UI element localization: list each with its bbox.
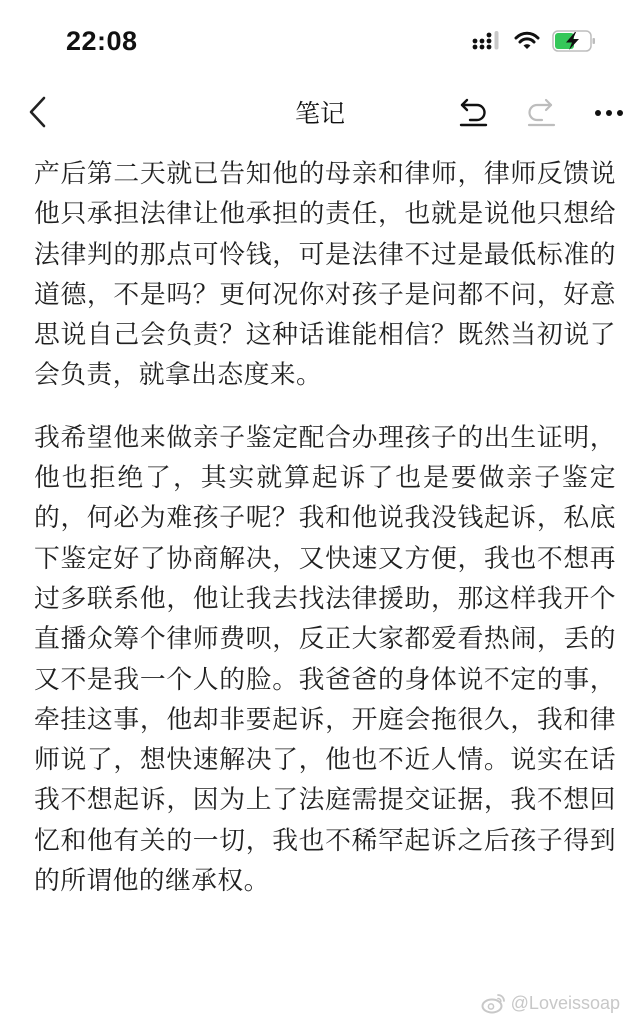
more-dots-icon [592, 96, 626, 128]
watermark: @Loveissoap [481, 992, 620, 1014]
undo-icon [458, 96, 492, 128]
weibo-icon [481, 992, 507, 1014]
note-body[interactable]: 产后第二天就已告知他的母亲和律师，律师反馈说他只承担法律让他承担的责任，也就是说… [34, 154, 616, 923]
battery-charging-icon [552, 30, 596, 56]
cellular-signal-icon [472, 31, 502, 55]
note-paragraph[interactable]: 我希望他来做亲子鉴定配合办理孩子的出生证明，他也拒绝了，其实就算起诉了也是要做亲… [34, 418, 616, 902]
watermark-text: @Loveissoap [511, 993, 620, 1014]
status-icons [472, 30, 596, 56]
redo-icon [524, 96, 558, 128]
wifi-icon [514, 31, 540, 55]
undo-button[interactable] [458, 96, 492, 128]
nav-bar: 笔记 [0, 88, 640, 136]
redo-button[interactable] [524, 96, 558, 128]
status-time: 22:08 [66, 26, 138, 57]
more-button[interactable] [592, 96, 626, 128]
status-bar: 22:08 [0, 0, 640, 80]
note-paragraph[interactable]: 产后第二天就已告知他的母亲和律师，律师反馈说他只承担法律让他承担的责任，也就是说… [34, 154, 616, 396]
